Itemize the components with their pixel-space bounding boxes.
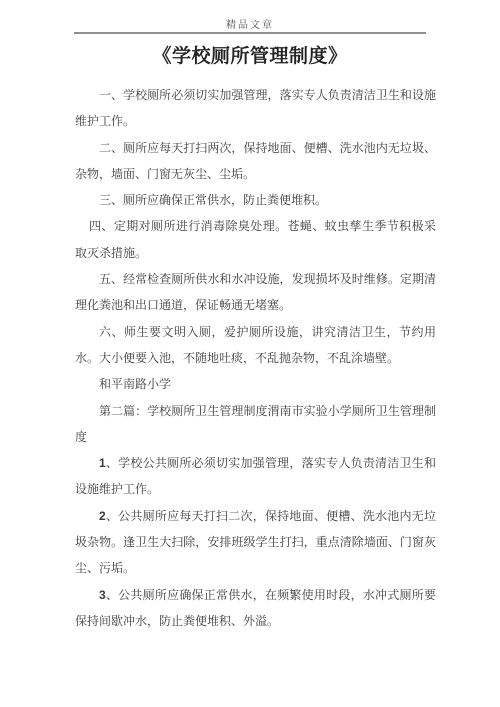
document-body: 一、学校厕所必须切实加强管理，落实专人负责清洁卫生和设施维护工作。二、厕所应每天…	[75, 82, 436, 634]
paragraph-number: 1	[99, 456, 106, 470]
document-title: 《学校厕所管理制度》	[0, 42, 500, 72]
paragraph: 第二篇：学校厕所卫生管理制度渭南市实验小学厕所卫生管理制度	[75, 398, 436, 451]
paragraph: 五、经常检查厕所供水和水冲设施，发现损坏及时维修。定期清理化粪池和出口通道，保证…	[75, 266, 436, 319]
header-rule	[74, 32, 426, 34]
paragraph: 四、定期对厕所进行消毒除臭处理。苍蝇、蚊虫孳生季节积极采取灭杀措施。	[75, 213, 436, 266]
paragraph: 1、学校公共厕所必须切实加强管理，落实专人负责清洁卫生和设施维护工作。	[75, 450, 436, 503]
paragraph: 2、公共厕所应每天打扫二次，保持地面、便槽、洗水池内无垃圾杂物。逢卫生大扫除，安…	[75, 503, 436, 582]
paragraph-number: 2	[99, 509, 106, 523]
paragraph-number: 3	[99, 588, 106, 602]
paragraph: 3、公共厕所应确保正常供水，在频繁使用时段，水冲式厕所要保持间歇冲水，防止粪便堆…	[75, 582, 436, 635]
paragraph: 三、厕所应确保正常供水，防止粪便堆积。	[75, 187, 436, 213]
header-watermark: 精品文章	[74, 16, 426, 31]
paragraph: 一、学校厕所必须切实加强管理，落实专人负责清洁卫生和设施维护工作。	[75, 82, 436, 135]
paragraph: 二、厕所应每天打扫两次，保持地面、便槽、洗水池内无垃圾、杂物，墙面、门窗无灰尘、…	[75, 135, 436, 188]
document-page: 精品文章 《学校厕所管理制度》 一、学校厕所必须切实加强管理，落实专人负责清洁卫…	[0, 0, 500, 707]
paragraph: 六、师生要文明入厕，爱护厕所设施，讲究清洁卫生，节约用水。大小便要入池，不随地吐…	[75, 319, 436, 372]
paragraph: 和平南路小学	[75, 371, 436, 397]
